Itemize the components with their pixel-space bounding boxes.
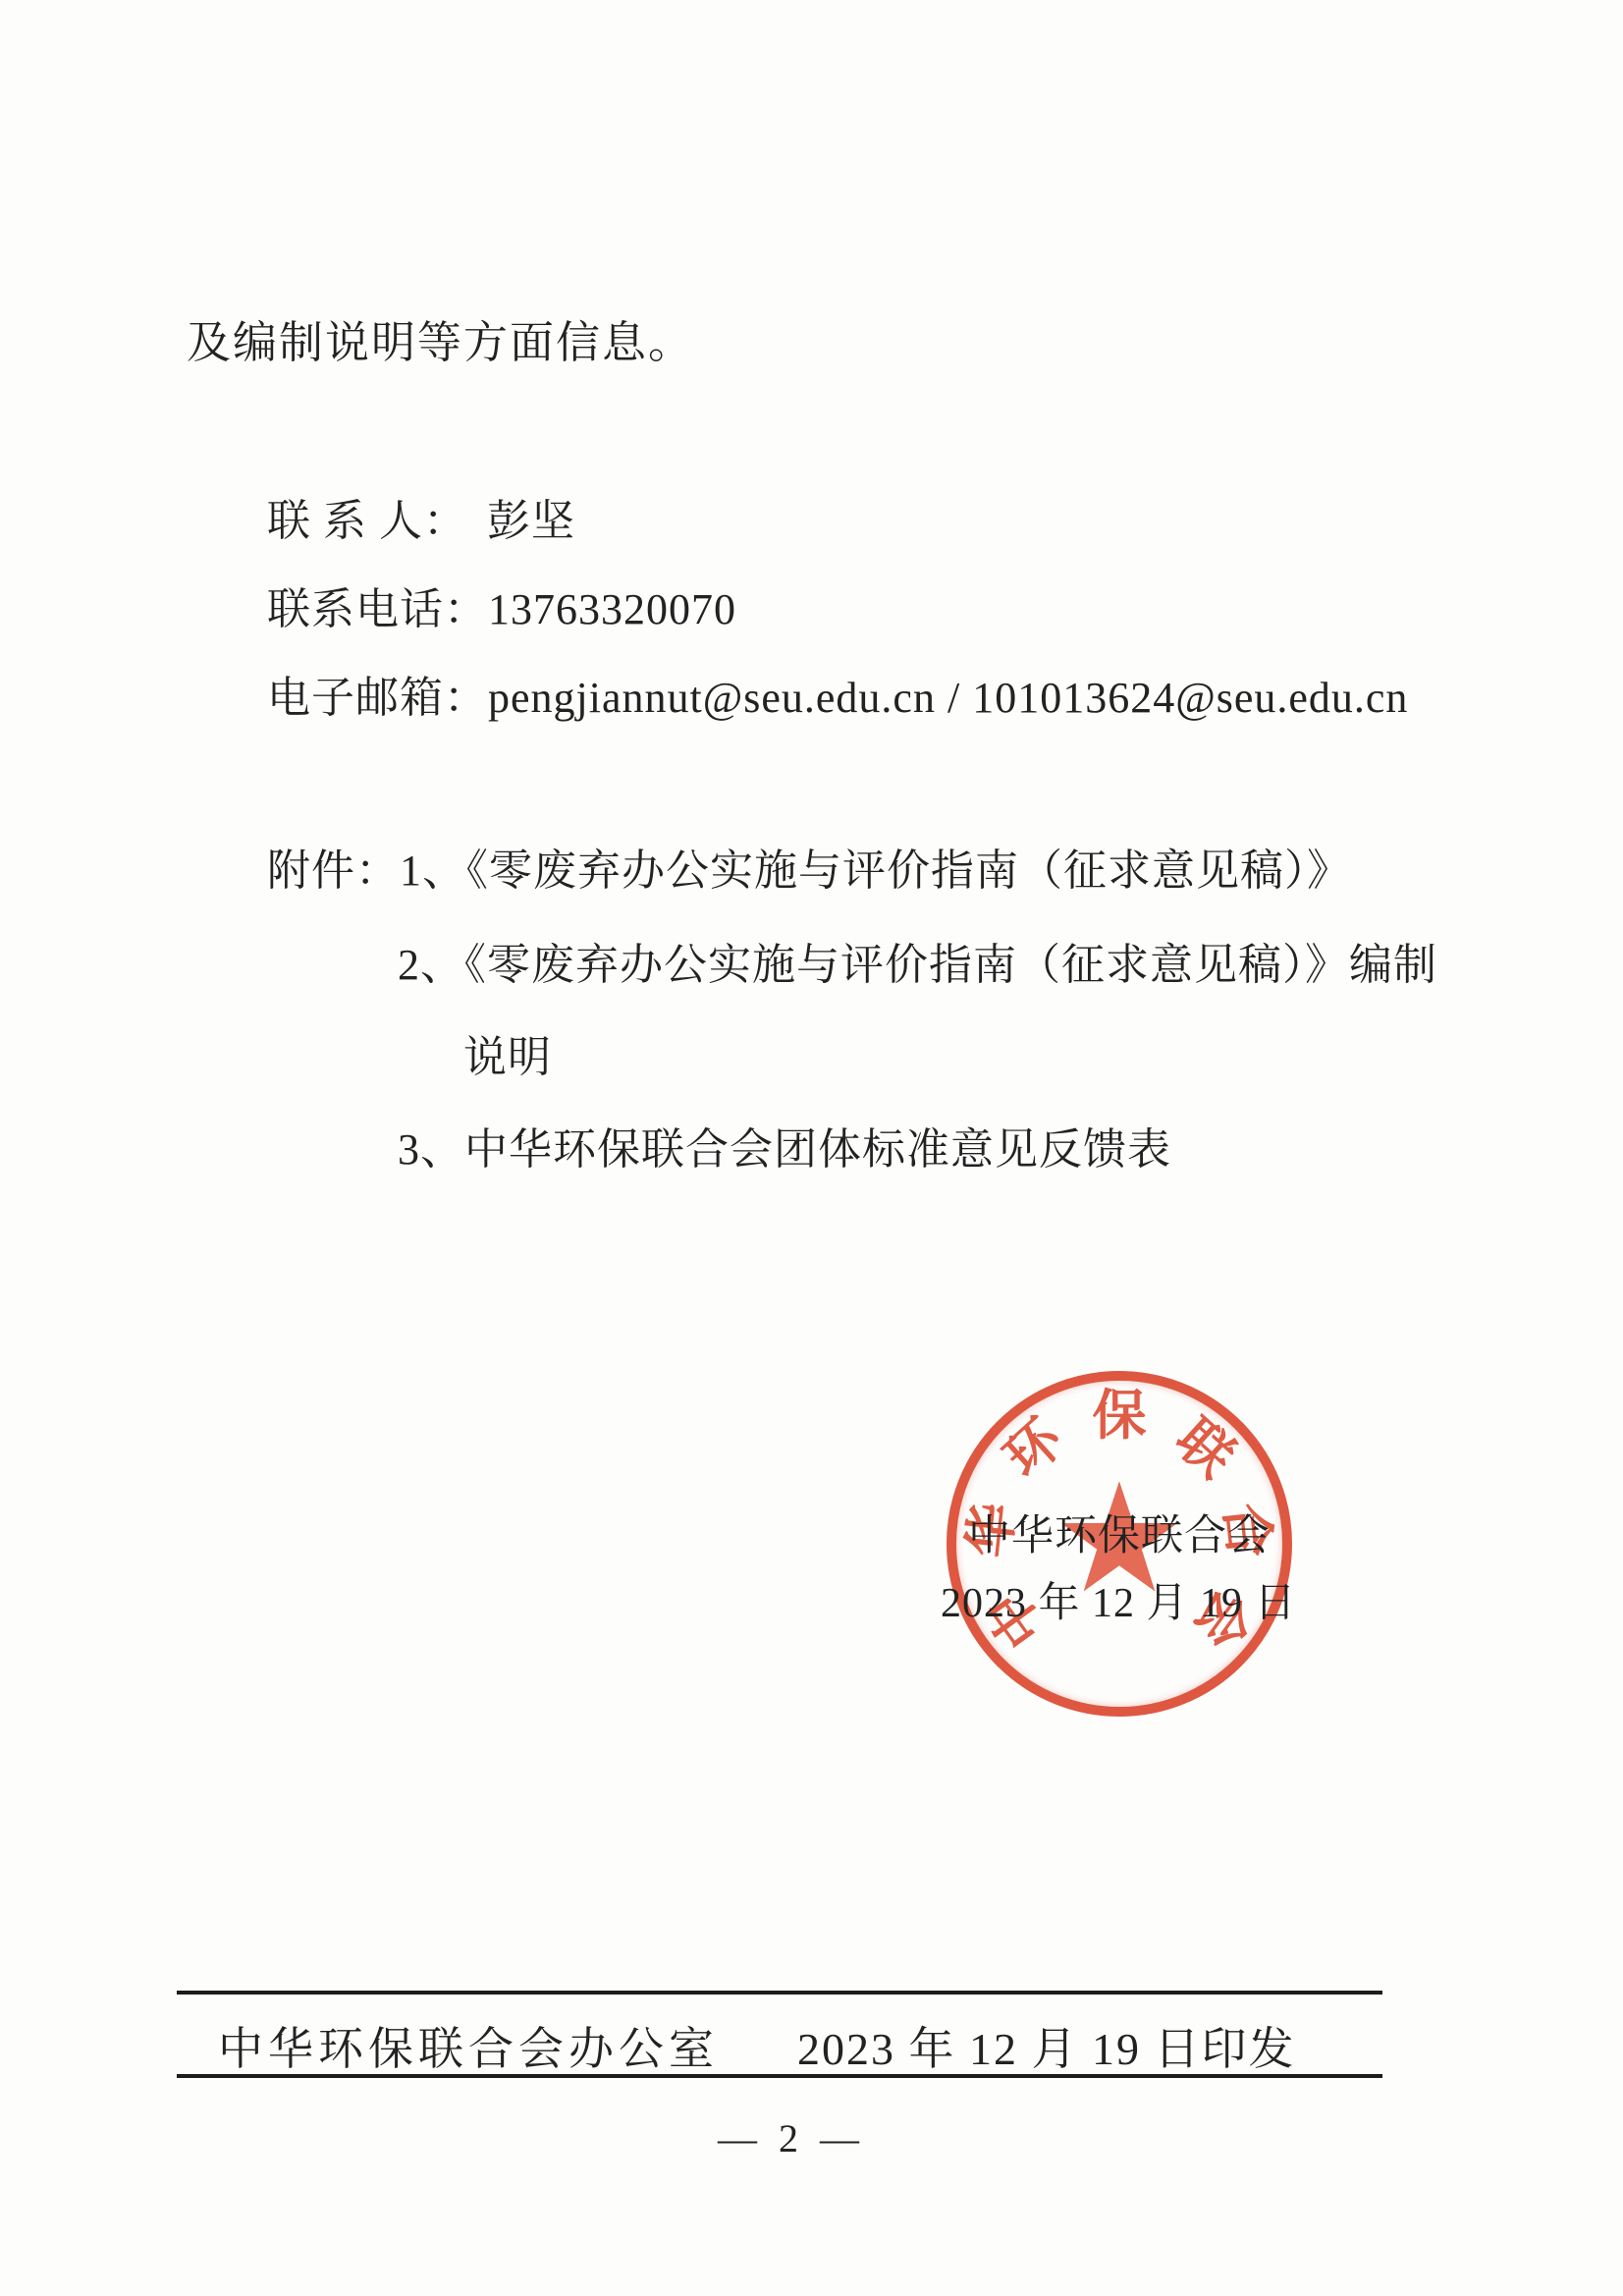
contact-phone-value: 13763320070 (488, 585, 736, 633)
signature-organization: 中华环保联合会 (968, 1503, 1271, 1562)
attachment-item-3: 3、中华环保联合会团体标准意见反馈表 (398, 1114, 1171, 1176)
contact-phone-row: 联系电话：13763320070 (267, 574, 736, 636)
attachments-label: 附件： (267, 835, 400, 898)
document-page: 及编制说明等方面信息。 联 系 人：彭坚 联系电话：13763320070 电子… (0, 0, 1623, 2296)
attachment-item-2: 2、《零废弃办公实施与评价指南（征求意见稿）》编制 (398, 929, 1437, 992)
attachment-item-2-continuation: 说明 (463, 1021, 552, 1084)
footer-print-date: 2023 年 12 月 19 日印发 (797, 2013, 1296, 2078)
contact-person-value: 彭坚 (487, 497, 575, 545)
contact-email-row: 电子邮箱：pengjiannut@seu.edu.cn / 101013624@… (267, 662, 1408, 725)
contact-phone-label: 联系电话： (267, 574, 488, 636)
attachments-row-1: 附件：1、《零废弃办公实施与评价指南（征求意见稿）》 (267, 835, 1351, 898)
attachment-item-1: 1、《零废弃办公实施与评价指南（征求意见稿）》 (400, 847, 1351, 895)
footer-rule-top (177, 1991, 1382, 1995)
contact-email-label: 电子邮箱： (267, 662, 488, 725)
continuation-paragraph: 及编制说明等方面信息。 (187, 306, 694, 370)
contact-person-row: 联 系 人：彭坚 (267, 485, 575, 548)
signature-date: 2023 年 12 月 19 日 (941, 1570, 1297, 1629)
footer-rule-bottom (177, 2074, 1382, 2078)
seal-arc-char: 保 (1089, 1386, 1150, 1447)
footer-issuing-office: 中华环保联合会办公室 (218, 2013, 719, 2078)
page-number: — 2 — (718, 2115, 865, 2161)
contact-person-label: 联 系 人： (267, 485, 487, 548)
contact-email-value: pengjiannut@seu.edu.cn / 101013624@seu.e… (488, 674, 1408, 722)
